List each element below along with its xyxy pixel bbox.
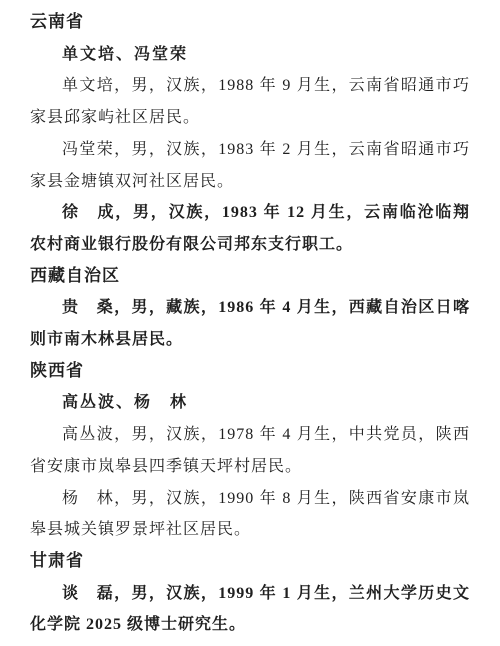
person-names-line: 单文培、冯堂荣 — [30, 39, 470, 71]
province-heading: 西藏自治区 — [30, 261, 470, 293]
bio-paragraph: 谈 磊，男，汉族，1999 年 1 月生，兰州大学历史文化学院 2025 级博士… — [30, 578, 470, 641]
bio-paragraph: 徐 成，男，汉族，1983 年 12 月生，云南临沧临翔农村商业银行股份有限公司… — [30, 197, 470, 260]
province-heading: 云南省 — [30, 7, 470, 39]
person-names-line: 高丛波、杨 林 — [30, 387, 470, 419]
province-heading: 陕西省 — [30, 356, 470, 388]
province-section: 陕西省高丛波、杨 林高丛波，男，汉族，1978 年 4 月生，中共党员，陕西省安… — [30, 356, 470, 546]
province-heading: 甘肃省 — [30, 546, 470, 578]
bio-paragraph: 杨 林，男，汉族，1990 年 8 月生，陕西省安康市岚皋县城关镇罗景坪社区居民… — [30, 483, 470, 546]
bio-paragraph: 单文培，男，汉族，1988 年 9 月生，云南省昭通市巧家县邱家屿社区居民。 — [30, 70, 470, 133]
bio-paragraph: 冯堂荣，男，汉族，1983 年 2 月生，云南省昭通市巧家县金塘镇双河社区居民。 — [30, 134, 470, 197]
province-section: 甘肃省谈 磊，男，汉族，1999 年 1 月生，兰州大学历史文化学院 2025 … — [30, 546, 470, 641]
bio-paragraph: 高丛波，男，汉族，1978 年 4 月生，中共党员，陕西省安康市岚皋县四季镇天坪… — [30, 419, 470, 482]
province-section: 云南省单文培、冯堂荣单文培，男，汉族，1988 年 9 月生，云南省昭通市巧家县… — [30, 7, 470, 261]
province-section: 西藏自治区贵 桑，男，藏族，1986 年 4 月生，西藏自治区日喀则市南木林县居… — [30, 261, 470, 356]
bio-paragraph: 贵 桑，男，藏族，1986 年 4 月生，西藏自治区日喀则市南木林县居民。 — [30, 292, 470, 355]
document-page: 云南省单文培、冯堂荣单文培，男，汉族，1988 年 9 月生，云南省昭通市巧家县… — [0, 0, 500, 646]
